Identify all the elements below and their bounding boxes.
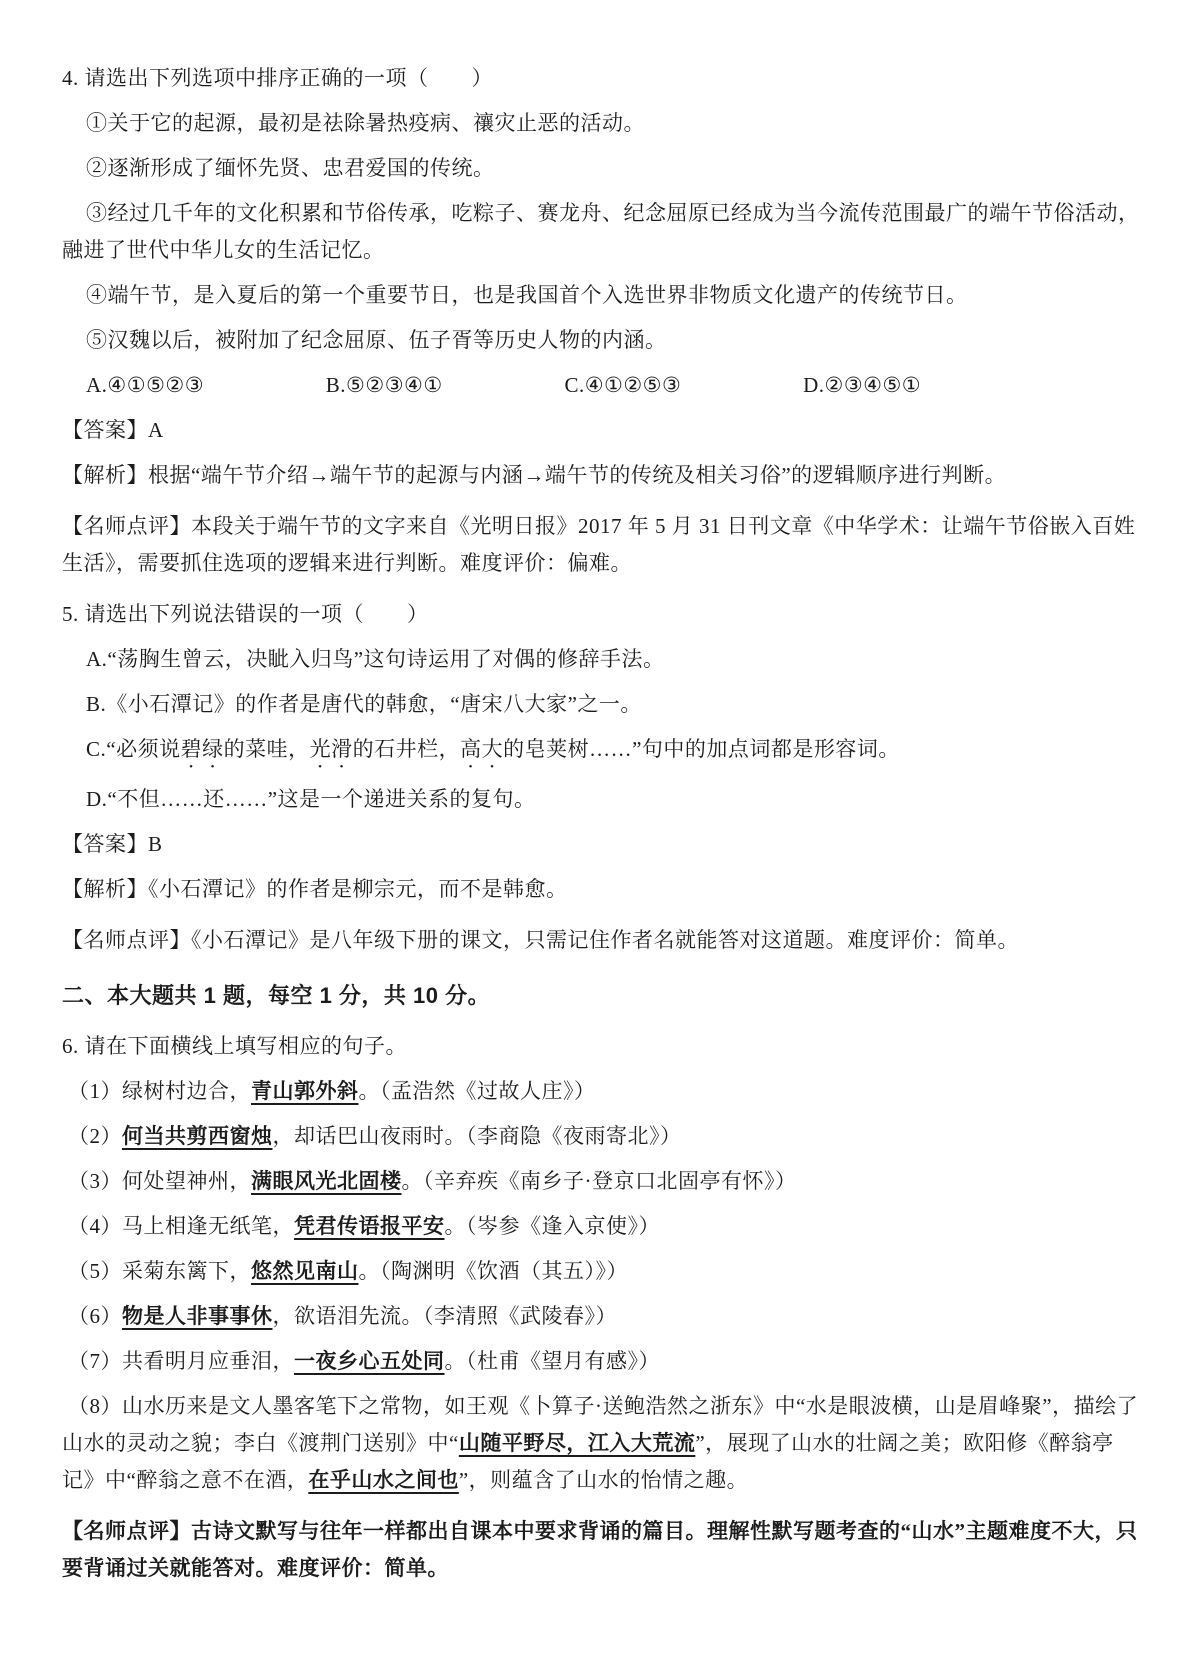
q6-comment-label: 【名师点评】 [62, 1519, 191, 1543]
q4-comment-label: 【名师点评】 [62, 514, 191, 538]
q6-item-2-answer: 何当共剪西窗烛 [122, 1124, 273, 1148]
q6-item-1: （1）绿树村边合，青山郭外斜。（孟浩然《过故人庄》） [62, 1073, 1142, 1110]
q5-option-c-dotted-1: 碧绿 [181, 737, 224, 761]
q5-comment-text: 《小石潭记》是八年级下册的课文，只需记住作者名就能答对这道题。难度评价：简单。 [191, 928, 1019, 952]
q4-choice-d: D.②③④⑤① [803, 373, 921, 397]
q6-item-6-answer: 物是人非事事休 [122, 1304, 273, 1328]
q4-analysis-label: 【解析】 [62, 463, 148, 487]
q4-answer-line: 【答案】A [62, 412, 1142, 449]
q5-comment-label: 【名师点评】 [62, 928, 191, 952]
q6-item-3: （3）何处望神州，满眼风光北固楼。（辛弃疾《南乡子·登京口北固亭有怀》） [62, 1163, 1142, 1200]
q6-item-1-pre: （1）绿树村边合， [68, 1079, 251, 1103]
q6-item-5-post: 。（陶渊明《饮酒（其五）》） [359, 1259, 629, 1283]
q6-item-2: （2）何当共剪西窗烛，却话巴山夜雨时。（李商隐《夜雨寄北》） [62, 1118, 1142, 1155]
exam-answer-page: 4. 请选出下列选项中排序正确的一项（ ） ①关于它的起源，最初是祛除暑热疫病、… [0, 0, 1200, 1657]
q4-analysis-line: 【解析】根据“端午节介绍→端午节的起源与内涵→端午节的传统及相关习俗”的逻辑顺序… [62, 457, 1142, 494]
q4-answer-label: 【答案】 [62, 418, 148, 442]
question-5-title: 5. 请选出下列说法错误的一项（ ） [62, 596, 1142, 633]
question-6-title: 6. 请在下面横线上填写相应的句子。 [62, 1028, 1142, 1065]
q5-answer-label: 【答案】 [62, 832, 148, 856]
q4-analysis-text: 根据“端午节介绍→端午节的起源与内涵→端午节的传统及相关习俗”的逻辑顺序进行判断… [148, 463, 1006, 487]
q4-answer-value: A [148, 418, 164, 442]
q5-analysis-label: 【解析】 [62, 877, 148, 901]
section-2-heading: 二、本大题共 1 题，每空 1 分，共 10 分。 [62, 977, 1142, 1014]
q4-choices: A.④①⑤②③ B.⑤②③④① C.④①②⑤③ D.②③④⑤① [62, 367, 1142, 404]
q6-item-1-answer: 青山郭外斜 [251, 1079, 359, 1103]
q4-sentence-3: ③经过几千年的文化积累和节俗传承，吃粽子、赛龙舟、纪念屈原已经成为当今流传范围最… [62, 195, 1142, 269]
q6-item-5-answer: 悠然见南山 [251, 1259, 359, 1283]
q5-option-a: A.“荡胸生曾云，决眦入归鸟”这句诗运用了对偶的修辞手法。 [62, 641, 1142, 678]
q5-option-c-post: 的皂荚树……”句中的加点词都是形容词。 [503, 737, 900, 761]
q5-teacher-comment: 【名师点评】《小石潭记》是八年级下册的课文，只需记住作者名就能答对这道题。难度评… [62, 922, 1142, 959]
q4-choice-a: A.④①⑤②③ [86, 373, 204, 397]
q6-item-6: （6）物是人非事事休，欲语泪先流。（李清照《武陵春》） [62, 1298, 1142, 1335]
q5-option-d: D.“不但……还……”这是一个递进关系的复句。 [62, 781, 1142, 818]
q4-sentence-4: ④端午节，是入夏后的第一个重要节日，也是我国首个入选世界非物质文化遗产的传统节日… [62, 277, 1142, 314]
q6-item-2-pre: （2） [68, 1124, 122, 1148]
q6-item-3-answer: 满眼风光北固楼 [251, 1169, 402, 1193]
q5-option-c-dotted-3: 高大 [460, 737, 503, 761]
q4-comment-text: 本段关于端午节的文字来自《光明日报》2017 年 5 月 31 日刊文章《中华学… [62, 514, 1135, 575]
q6-item-7-post: 。（杜甫《望月有感》） [445, 1349, 661, 1373]
q6-item-5: （5）采菊东篱下，悠然见南山。（陶渊明《饮酒（其五）》） [62, 1253, 1142, 1290]
q5-answer-value: B [148, 832, 163, 856]
q4-choice-c: C.④①②⑤③ [564, 373, 681, 397]
q6-item-6-pre: （6） [68, 1304, 122, 1328]
q5-analysis-line: 【解析】《小石潭记》的作者是柳宗元，而不是韩愈。 [62, 871, 1142, 908]
q5-option-c-dotted-2: 光滑 [310, 737, 353, 761]
q6-item-3-post: 。（辛弃疾《南乡子·登京口北固亭有怀》） [402, 1169, 797, 1193]
q6-item-4-pre: （4）马上相逢无纸笔， [68, 1214, 294, 1238]
q5-option-c: C.“必须说碧绿的菜哇，光滑的石井栏，高大的皂荚树……”句中的加点词都是形容词。 [62, 731, 1142, 773]
q6-item-3-pre: （3）何处望神州， [68, 1169, 251, 1193]
q6-item-2-post: ，却话巴山夜雨时。（李商隐《夜雨寄北》） [273, 1124, 682, 1148]
q4-sentence-2: ②逐渐形成了缅怀先贤、忠君爱国的传统。 [62, 150, 1142, 187]
q6-item-4: （4）马上相逢无纸笔，凭君传语报平安。（岑参《逢入京使》） [62, 1208, 1142, 1245]
q4-teacher-comment: 【名师点评】本段关于端午节的文字来自《光明日报》2017 年 5 月 31 日刊… [62, 508, 1142, 582]
q6-item-5-pre: （5）采菊东篱下， [68, 1259, 251, 1283]
q5-option-b: B.《小石潭记》的作者是唐代的韩愈，“唐宋八大家”之一。 [62, 686, 1142, 723]
q6-comment-text: 古诗文默写与往年一样都出自课本中要求背诵的篇目。理解性默写题考查的“山水”主题难… [62, 1519, 1138, 1580]
q5-option-c-mid-2: 的石井栏， [353, 737, 461, 761]
q6-item-4-answer: 凭君传语报平安 [294, 1214, 445, 1238]
q5-option-c-pre: C.“必须说 [86, 737, 181, 761]
q6-item-6-post: ，欲语泪先流。（李清照《武陵春》） [273, 1304, 618, 1328]
q6-item-8-answer-1: 山随平野尽，江入大荒流 [459, 1431, 696, 1455]
question-4-title: 4. 请选出下列选项中排序正确的一项（ ） [62, 60, 1142, 97]
q5-answer-line: 【答案】B [62, 826, 1142, 863]
q4-choice-b: B.⑤②③④① [326, 373, 443, 397]
q6-item-7: （7）共看明月应垂泪，一夜乡心五处同。（杜甫《望月有感》） [62, 1343, 1142, 1380]
q6-item-8: （8）山水历来是文人墨客笔下之常物，如王观《卜算子·送鲍浩然之浙东》中“水是眼波… [62, 1388, 1142, 1499]
q6-item-8-post: ”，则蕴含了山水的怡情之趣。 [459, 1468, 748, 1492]
q6-item-7-pre: （7）共看明月应垂泪， [68, 1349, 294, 1373]
q6-teacher-comment: 【名师点评】古诗文默写与往年一样都出自课本中要求背诵的篇目。理解性默写题考查的“… [62, 1513, 1142, 1587]
q5-option-c-mid-1: 的菜哇， [224, 737, 310, 761]
q5-analysis-text: 《小石潭记》的作者是柳宗元，而不是韩愈。 [148, 877, 568, 901]
q6-item-7-answer: 一夜乡心五处同 [294, 1349, 445, 1373]
q4-sentence-5: ⑤汉魏以后，被附加了纪念屈原、伍子胥等历史人物的内涵。 [62, 322, 1142, 359]
q6-item-8-answer-2: 在乎山水之间也 [308, 1468, 459, 1492]
q6-item-4-post: 。（岑参《逢入京使》） [445, 1214, 661, 1238]
q4-sentence-1: ①关于它的起源，最初是祛除暑热疫病、禳灾止恶的活动。 [62, 105, 1142, 142]
q6-item-1-post: 。（孟浩然《过故人庄》） [359, 1079, 596, 1103]
